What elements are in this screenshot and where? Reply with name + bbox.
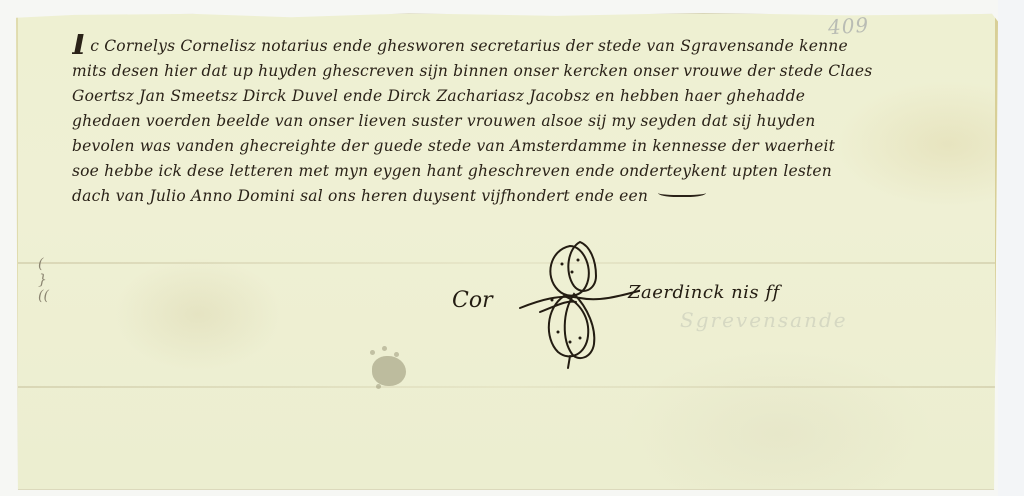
letter-line-5: bevolen was vanden ghecreighte der guede… (72, 134, 932, 159)
fold-line (18, 386, 995, 388)
letter-body: Ic Cornelys Cornelisz notarius ende ghes… (72, 34, 932, 209)
notary-signature: Cor Zaerdinck nis ff (440, 236, 860, 376)
scan-frame: 409 Ic Cornelys Cornelisz notarius ende … (0, 0, 1024, 496)
letter-line-7: dach van Julio Anno Domini sal ons heren… (72, 184, 932, 209)
letter-line-4: ghedaen voerden beelde van onser lieven … (72, 109, 932, 134)
scan-margin-right (998, 0, 1024, 496)
line-end-flourish-icon (658, 187, 706, 197)
letter-line-6: soe hebbe ick dese letteren met myn eyge… (72, 159, 932, 184)
ink-splatter (394, 352, 399, 357)
ink-splatter (382, 346, 387, 351)
signature-name: Zaerdinck nis ff (628, 282, 780, 303)
ink-splatter (370, 350, 375, 355)
letter-line-1: Ic Cornelys Cornelisz notarius ende ghes… (72, 34, 932, 59)
signature-prefix: Cor (452, 288, 493, 313)
ink-stain (372, 356, 406, 386)
ink-splatter (376, 384, 381, 389)
show-through-text: Sgrevensande (680, 308, 848, 332)
notarial-mark-icon (500, 236, 640, 376)
letter-line-3: Goertsz Jan Smeetsz Dirck Duvel ende Dir… (72, 84, 932, 109)
margin-marks: ( } (( (38, 256, 48, 304)
decorated-initial: I (72, 34, 86, 59)
letter-line-2: mits desen hier dat up huyden ghescreven… (72, 59, 932, 84)
